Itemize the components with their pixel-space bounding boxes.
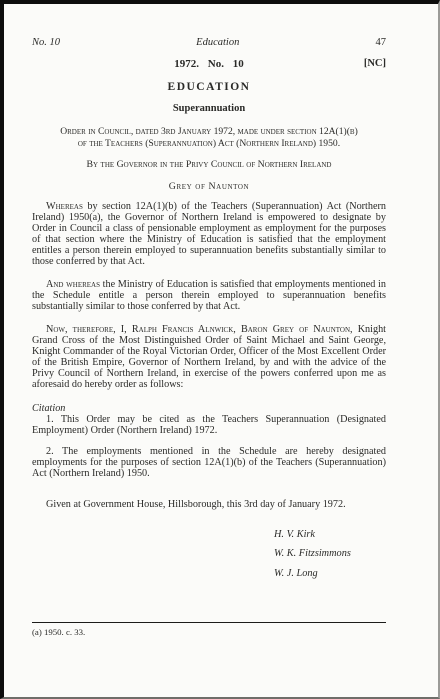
maker-name: Grey of Naunton (32, 181, 386, 192)
year-and-number: 1972. No. 10 (174, 58, 243, 70)
signature: W. J. Long (274, 564, 386, 584)
footnote-text: (a) 1950. c. 33. (32, 627, 386, 637)
order-heading-line2: of the Teachers (Superannuation) Act (No… (32, 138, 386, 150)
article-1: 1. This Order may be cited as the Teache… (32, 415, 386, 437)
footnote-area: (a) 1950. c. 33. (32, 622, 386, 637)
recital-whereas: Whereas by section 12A(1)(b) of the Teac… (32, 202, 386, 267)
title-line: 1972. No. 10 [NC] (32, 58, 386, 70)
running-header: No. 10 Education 47 (32, 37, 386, 48)
given-clause: Given at Government House, Hillsborough,… (32, 499, 368, 511)
text-segment: Now, therefore, I, Ralph Francis Alnwick… (46, 324, 353, 335)
running-header-subject: Education (196, 37, 239, 48)
signature-block: H. V. Kirk W. K. Fitzsimmons W. J. Long (274, 525, 386, 584)
text-segment: by section 12A(1)(b) of the Teachers (Su… (32, 201, 386, 267)
by-line: By the Governor in the Privy Council of … (32, 159, 386, 170)
citation-heading: Citation (32, 403, 386, 414)
subject-heading: EDUCATION (32, 81, 386, 93)
page-number: 47 (376, 37, 387, 48)
signature: W. K. Fitzsimmons (274, 544, 386, 564)
article-2: 2. The employments mentioned in the Sche… (32, 447, 386, 480)
order-heading-line1: Order in Council, dated 3rd January 1972… (32, 126, 386, 138)
text-segment: Whereas (46, 201, 83, 212)
page-content: No. 10 Education 47 1972. No. 10 [NC] ED… (4, 4, 438, 583)
footnote-divider (32, 622, 386, 623)
order-heading: Order in Council, dated 3rd January 1972… (32, 126, 386, 149)
document-page: No. 10 Education 47 1972. No. 10 [NC] ED… (0, 0, 440, 699)
recital-and-whereas: And whereas the Ministry of Education is… (32, 280, 386, 313)
enacting-clause: Now, therefore, I, Ralph Francis Alnwick… (32, 325, 386, 390)
running-header-order-number: No. 10 (32, 37, 60, 48)
category-heading: Superannuation (32, 103, 386, 114)
signature: H. V. Kirk (274, 525, 386, 545)
text-segment: And whereas (46, 279, 100, 290)
nc-badge: [NC] (364, 58, 386, 69)
